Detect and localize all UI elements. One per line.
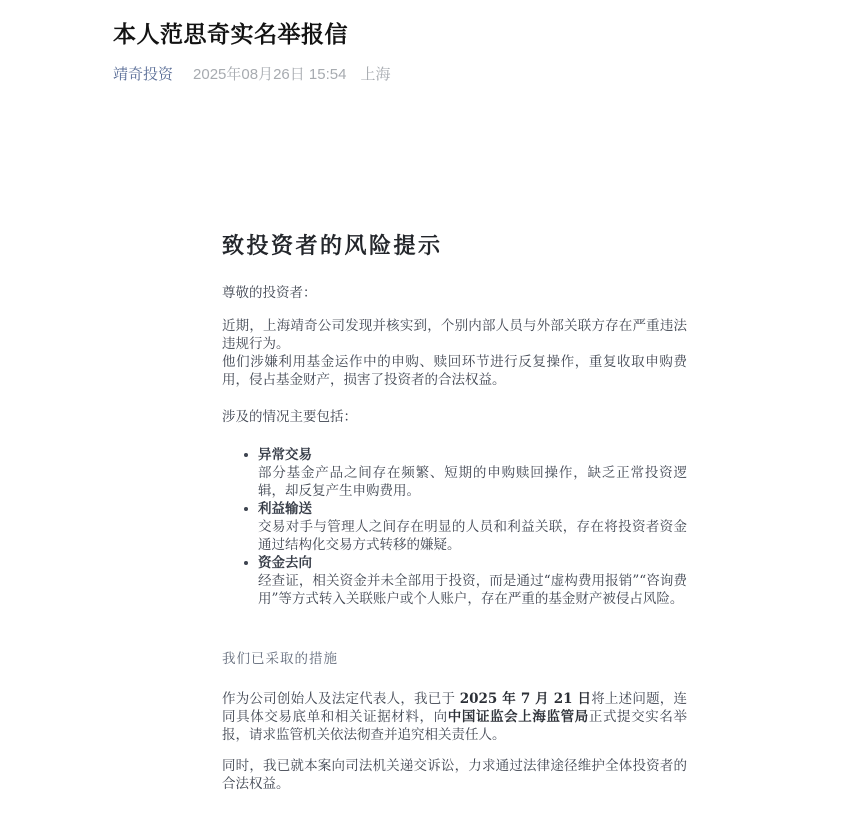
article-title: 本人范思奇实名举报信 bbox=[113, 20, 795, 50]
bullet-dot-icon bbox=[244, 453, 248, 457]
letter-paragraph-findings-line2: 他们涉嫌利用基金运作中的申购、赎回环节进行反复操作，重复收取申购费用，侵占基金财… bbox=[222, 353, 687, 389]
bullet-benefit-transfer: 利益输送 交易对手与管理人之间存在明显的人员和利益关联，存在将投资者资金通过结构… bbox=[244, 500, 687, 554]
bullet-abnormal-trading: 异常交易 部分基金产品之间存在频繁、短期的申购赎回操作，缺乏正常投资逻辑，却反复… bbox=[244, 446, 687, 500]
letter-paragraph-measures: 作为公司创始人及法定代表人，我已于 2025 年 7 月 21 日将上述问题，连… bbox=[222, 690, 687, 744]
letter-paragraph-findings: 近期，上海靖奇公司发现并核实到，个别内部人员与外部关联方存在严重违法违规行为。 … bbox=[222, 317, 687, 389]
measures-bold-regulator: 中国证监会上海监管局 bbox=[448, 709, 589, 725]
publish-date: 2025年08月26日 15:54 bbox=[193, 66, 346, 83]
bullet-dot-icon bbox=[244, 507, 248, 511]
publish-location: 上海 bbox=[360, 66, 390, 83]
account-link[interactable]: 靖奇投资 bbox=[113, 66, 173, 83]
risk-notice-letter-image[interactable]: 致投资者的风险提示 尊敬的投资者： 近期，上海靖奇公司发现并核实到，个别内部人员… bbox=[222, 233, 687, 793]
bullet-body: 经查证，相关资金并未全部用于投资，而是通过“虚构费用报销”“咨询费用”等方式转入… bbox=[258, 573, 687, 607]
bullet-body: 部分基金产品之间存在频繁、短期的申购赎回操作，缺乏正常投资逻辑，却反复产生申购费… bbox=[258, 465, 687, 499]
wechat-article-page: { "article": { "title": "本人范思奇实名举报信", "b… bbox=[0, 0, 845, 824]
letter-list-intro: 涉及的情况主要包括： bbox=[222, 408, 687, 426]
letter-bullet-list: 异常交易 部分基金产品之间存在频繁、短期的申购赎回操作，缺乏正常投资逻辑，却反复… bbox=[222, 446, 687, 608]
letter-section-header-measures: 我们已采取的措施 bbox=[222, 650, 687, 668]
measures-text: 作为公司创始人及法定代表人，我已于 bbox=[222, 691, 460, 707]
bullet-title: 利益输送 bbox=[258, 500, 687, 518]
byline: 靖奇投资2025年08月26日 15:54上海 bbox=[113, 67, 795, 84]
bullet-title: 资金去向 bbox=[258, 554, 687, 572]
bullet-fund-flows: 资金去向 经查证，相关资金并未全部用于投资，而是通过“虚构费用报销”“咨询费用”… bbox=[244, 554, 687, 608]
measures-bold-date: 2025 年 7 月 21 日 bbox=[460, 691, 592, 707]
bullet-body: 交易对手与管理人之间存在明显的人员和利益关联，存在将投资者资金通过结构化交易方式… bbox=[258, 519, 687, 553]
bullet-dot-icon bbox=[244, 561, 248, 565]
letter-salutation: 尊敬的投资者： bbox=[222, 284, 687, 302]
bullet-title: 异常交易 bbox=[258, 446, 687, 464]
letter-heading: 致投资者的风险提示 bbox=[222, 233, 687, 260]
letter-paragraph-closing: 同时，我已就本案向司法机关递交诉讼，力求通过法律途径维护全体投资者的合法权益。 bbox=[222, 757, 687, 793]
article-header: 本人范思奇实名举报信 靖奇投资2025年08月26日 15:54上海 bbox=[0, 0, 845, 83]
letter-paragraph-findings-line1: 近期，上海靖奇公司发现并核实到，个别内部人员与外部关联方存在严重违法违规行为。 bbox=[222, 317, 687, 353]
